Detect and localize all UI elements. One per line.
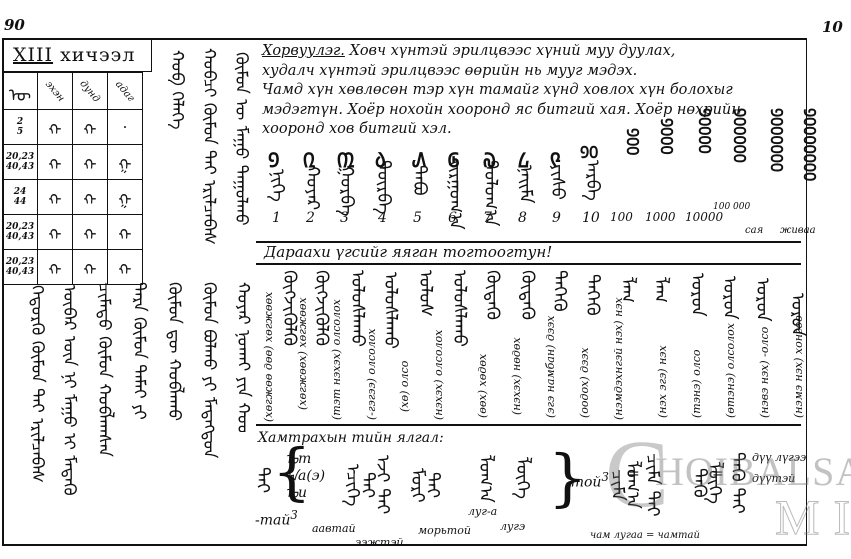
mongol-text-column: ᠬᠣᠪ ᠬᠡᠯᠡᠭᠡ xyxy=(168,50,190,280)
watermark-sub: MIN xyxy=(775,488,851,546)
numeral-glyph: ᠑᠐᠐᠐᠐᠐ xyxy=(725,108,753,163)
exercise-cyrillic-word: (нэмдэхнгэй нэх) нэх xyxy=(612,297,625,420)
exercise-cyrillic-word: (нэмэ нэх) хонгоо xyxy=(792,315,805,418)
vowel-item: т xyxy=(298,451,325,468)
numeral-word: ᠨᠠᠢᠮᠠ xyxy=(518,162,538,207)
vowel-item: а(э) xyxy=(298,468,325,485)
final-form: ᠭ xyxy=(108,180,143,215)
exercise-cyrillic-word: (өөх) хөдөх xyxy=(476,354,489,418)
example-word: аавтай xyxy=(312,522,356,535)
medial-form: ᠬ xyxy=(73,145,108,180)
proverb-line: Ховч хүнтэй эрилцвээс хүний муу дуулах, xyxy=(345,43,675,59)
numeral-word: ᠲᠠᠪᠤ xyxy=(412,165,432,195)
example-mongol-word: ᠯᠦᠭᠡ xyxy=(515,455,535,500)
table-header-final: адаг xyxy=(108,73,143,110)
mongol-text-column: ᠬᠣᠶᠠᠷ ᠨᠣᠬᠠᠢ ᠶᠢᠨ ᠬᠣᠣᠷᠣᠨᠳᠤ xyxy=(234,282,256,432)
exercise-mongol-word: ᠳᠡᠭᠡᠬᠦ xyxy=(552,270,572,310)
example-mongol-word: ᠮᠣᠷᠢ ᠲᠠᠢ xyxy=(410,455,430,515)
exercise-cyrillic-word: (эгэ намбан) дээх xyxy=(544,316,557,418)
final-form: ᠬ xyxy=(108,250,143,285)
row-label: 20,23 40,43 xyxy=(3,145,38,180)
suffix-left: -тай3 xyxy=(255,508,298,529)
row-label: 2 5 xyxy=(3,110,38,145)
table-row: 20,23 40,43 ᠬ ᠬ ᠬ xyxy=(3,250,143,285)
mongol-text-column: ᠬᠣᠪᠴᠢ ᠬᠦᠮᠦᠨ ᠲᠡᠢ ᠡᠷᠢᠯᠴᠡᠪᠡᠰ xyxy=(200,48,222,280)
numeral-word: ᠵᠢᠷᠭᠤᠭ᠎ᠠ xyxy=(448,160,468,210)
exercise-cyrillic-word: (-гэгээ) олсолох xyxy=(365,328,378,420)
watermark: C HOIBALSAN MIN xyxy=(625,448,851,495)
example-word: луг-а xyxy=(468,505,497,518)
lesson-number: XIII xyxy=(13,44,53,66)
vowel-glyph-column: ᠣᠠᠣ xyxy=(285,452,298,503)
exercise-mongol-word: ᠣᠯᠤᠰᠯᠠᠬᠤ xyxy=(350,270,370,320)
left-page-number: 90 xyxy=(4,16,25,34)
exercise-cyrillic-word: (хөгжөө дөө) хөгжөөх xyxy=(262,292,275,422)
exercise-cyrillic-word: (оодох) дээх xyxy=(578,347,591,418)
numeral-label: 1000 xyxy=(645,210,676,224)
initial-form: ᠬ xyxy=(38,110,73,145)
exercise-mongol-word: ᠳᠡᠭᠡᠬᠦ xyxy=(585,270,605,320)
proverb-line: хооронд хов битгий хэл. xyxy=(262,121,452,137)
exercise-mongol-word: ᠬᠥᠳᠡᠬᠦ xyxy=(520,270,540,310)
row-label: 20,23 40,43 xyxy=(3,215,38,250)
numeral-label: живаа xyxy=(780,225,816,236)
mongol-text-column: ᠬᠦᠮᠦᠨ ᠳᠦ ᠬᠣᠪᠯᠠᠬᠤ xyxy=(165,282,187,540)
example-word: ээжтэй xyxy=(355,536,404,549)
table-header-row: ᠦ эхэн дунд адаг xyxy=(3,73,143,110)
final-form: ᠭ xyxy=(108,145,143,180)
numeral-label: 4 xyxy=(378,210,387,226)
medial-form: ᠬ xyxy=(73,180,108,215)
numeral-label: сая xyxy=(745,225,763,236)
numeral-label: 10000 xyxy=(685,210,723,224)
medial-form: ᠬ xyxy=(73,215,108,250)
numeral-glyph: ᠑᠐᠐᠐᠐ xyxy=(690,108,718,154)
numeral-glyph: ᠑᠐᠐᠐᠐᠐᠐᠐ xyxy=(795,108,823,181)
exercise-mongol-word: ᠣᠯᠤᠰᠯᠠᠬᠤ xyxy=(383,272,403,322)
numeral-label: 100 xyxy=(610,210,633,224)
numeral-glyph: ᠑᠐᠐᠐᠐᠐᠐ xyxy=(762,108,790,172)
numeral-label: 7 xyxy=(483,210,492,226)
mongol-text-column: ᠥᠪᠡᠷ ᠦᠨ ᠨᠢ ᠮᠠᠭᠤ ᠢ ᠮᠡᠳᠡᠬᠦ xyxy=(60,285,82,540)
exercise-mongol-word: ᠣᠷᠣᠨ xyxy=(722,270,742,325)
section-divider xyxy=(256,424,801,426)
initial-form: ᠬ xyxy=(38,145,73,180)
row-label: 20,23 40,43 xyxy=(3,250,38,285)
exercise-mongol-word: ᠣᠯᠤᠰ xyxy=(418,270,438,315)
numeral-label: 100 000 xyxy=(713,202,750,212)
medial-form: ᠬ xyxy=(73,110,108,145)
exercise-mongol-word: ᠣᠯᠤᠰᠯᠠᠬᠤ xyxy=(452,270,472,315)
proverb-line: мэдэгтүн. Хоёр нохойн хооронд яс битгий … xyxy=(262,102,741,118)
mongol-text-column: ᠲᠡᠷᠡ ᠬᠦᠮᠦᠨ ᠲᠠᠮᠠᠢ ᠶᠢ xyxy=(130,282,152,537)
numeral-label: 6 xyxy=(448,210,457,226)
proverb-lead: Хорвуулэг. xyxy=(262,43,345,59)
table-header-letter: ᠦ xyxy=(3,73,38,110)
example-word: лугэ xyxy=(500,520,525,533)
numeral-label: 10 xyxy=(582,210,600,226)
table-header-medial: дунд xyxy=(73,73,108,110)
exercise-cyrillic-word: (хөгжөөх) хөгжөөх xyxy=(296,297,309,410)
proverb-paragraph: Хорвуулэг. Ховч хүнтэй эрилцвээс хүний м… xyxy=(262,42,802,140)
letter-form-table: ᠦ эхэн дунд адаг 2 5 ᠬ ᠬ · 20,23 40,43 ᠬ… xyxy=(2,72,143,285)
table-row: 2 5 ᠬ ᠬ · xyxy=(3,110,143,145)
exercise-cyrillic-word: (нэхэх) нөдөх xyxy=(510,337,523,415)
example-mongol-word: ᠡᠴᠢᠭᠡ ᠲᠠᠢ xyxy=(345,455,365,515)
table-row: 20,23 40,43 ᠬ ᠬ ᠭ xyxy=(3,145,143,180)
numeral-word: ᠳᠣᠯᠣᠭ᠎ᠠ xyxy=(483,160,503,210)
initial-form: ᠬ xyxy=(38,215,73,250)
numeral-word: ᠳᠥᠷᠪᠡ xyxy=(376,160,396,205)
exercise-mongol-word: ᠬᠥᠳᠡᠬᠦ xyxy=(485,270,505,310)
proverb-line: худалч хүнтэй эрилцвээс өөрийн нь мууг м… xyxy=(262,63,637,79)
numeral-label: 1 xyxy=(272,210,281,226)
table-header-initial: эхэн xyxy=(38,73,73,110)
exercise-cyrillic-word: (тэнэ) олсо xyxy=(690,350,703,419)
exercise-cyrillic-word: (нэхэх) олсолох xyxy=(432,330,445,420)
medial-form: ᠬ xyxy=(73,250,108,285)
numeral-word: ᠶᠢᠰᠦ xyxy=(550,162,570,202)
example-mongol-word: ᠯᠤᠭ᠎ᠠ xyxy=(478,455,498,500)
numeral-glyph: ᠑᠐᠐ xyxy=(618,128,646,155)
final-form: · xyxy=(108,110,143,145)
equiv-note: чам лугаа = чамтай xyxy=(590,530,700,541)
numeral-label: 8 xyxy=(518,210,527,226)
numeral-word: ᠬᠣᠶᠠᠷ xyxy=(305,165,325,205)
table-row: 20,23 40,43 ᠬ ᠬ ᠬ xyxy=(3,215,143,250)
numeral-word: ᠭᠤᠷᠪᠠ xyxy=(339,165,359,205)
lesson-word: хичээл xyxy=(60,44,135,66)
suffix-right: -той3 xyxy=(566,470,609,491)
vowel-set: т а(э) и xyxy=(298,451,325,502)
exercise-mongol-word: ᠣᠷᠣᠨ xyxy=(690,270,710,320)
example-word: морьтой xyxy=(418,524,471,537)
exercise-cyrillic-word: (нэх эгэ) нэх xyxy=(656,345,669,418)
mongol-text-column: ᠬᠦᠮᠦᠨ ᠪᠣᠯᠬᠤ ᠶᠢ ᠮᠡᠳᠡᠭᠲᠦᠨ xyxy=(200,282,222,540)
vowel-item: и xyxy=(298,485,325,502)
example-mongol-word: ᠡᠵᠢ ᠲᠡᠢ xyxy=(375,455,395,515)
initial-form: ᠬ xyxy=(38,250,73,285)
exercise-heading: Дараахи үгсийг яяган тогтоогтун! xyxy=(264,243,552,261)
numeral-word: ᠠᠷᠪᠠ xyxy=(585,158,605,203)
row-label: 24 44 xyxy=(3,180,38,215)
proverb-line: Чамд хүн хөвлөсөн тэр хүн тамайг хүнд хо… xyxy=(262,82,733,98)
right-page-number: 10 xyxy=(822,18,843,36)
initial-form: ᠬ xyxy=(38,180,73,215)
numeral-label: 2 xyxy=(306,210,315,226)
exercise-mongol-word: ᠣᠷᠣᠨ xyxy=(755,270,775,330)
table-row: 24 44 ᠬ ᠬ ᠭ xyxy=(3,180,143,215)
numeral-label: 3 xyxy=(340,210,349,226)
exercise-cyrillic-word: (өтэнэ) олсолох xyxy=(724,323,737,418)
exercise-cyrillic-word: (хө) олсо xyxy=(398,361,411,412)
exercise-mongol-word: ᠯᠡᠬ xyxy=(653,270,673,310)
lesson-title-box: XIII хичээл xyxy=(2,38,152,72)
numeral-word: ᠨᠢᠭᠡ xyxy=(270,165,290,205)
numeral-label: 5 xyxy=(413,210,422,226)
mongol-text-column: ᠬᠦᠮᠦᠨ ᠦ ᠮᠠᠭᠤ ᠳᠠᠭᠤᠯᠬᠤ xyxy=(232,52,254,282)
mongol-text-column: ᠴᠢᠮᠠᠳᠤ ᠬᠦᠮᠦᠨ ᠬᠣᠪᠯᠠᠭᠰᠠᠨ xyxy=(95,282,117,540)
exercise-cyrillic-word: (нэвэ нэх) -олсо xyxy=(758,327,771,418)
numeral-glyph: ᠑᠐᠐᠐ xyxy=(652,118,680,155)
mongol-text-column: ᠬᠡᠳᠦᠷᠭᠦ ᠬᠦᠮᠦᠨ ᠲᠡᠢ ᠡᠷᠢᠯᠴᠡᠪᠡᠰ xyxy=(28,285,50,540)
numeral-label: 9 xyxy=(552,210,561,226)
heading-underline xyxy=(256,263,801,265)
exercise-cyrillic-word: (тэт нэхэх) олсолох xyxy=(330,299,343,420)
final-form: ᠬ xyxy=(108,215,143,250)
